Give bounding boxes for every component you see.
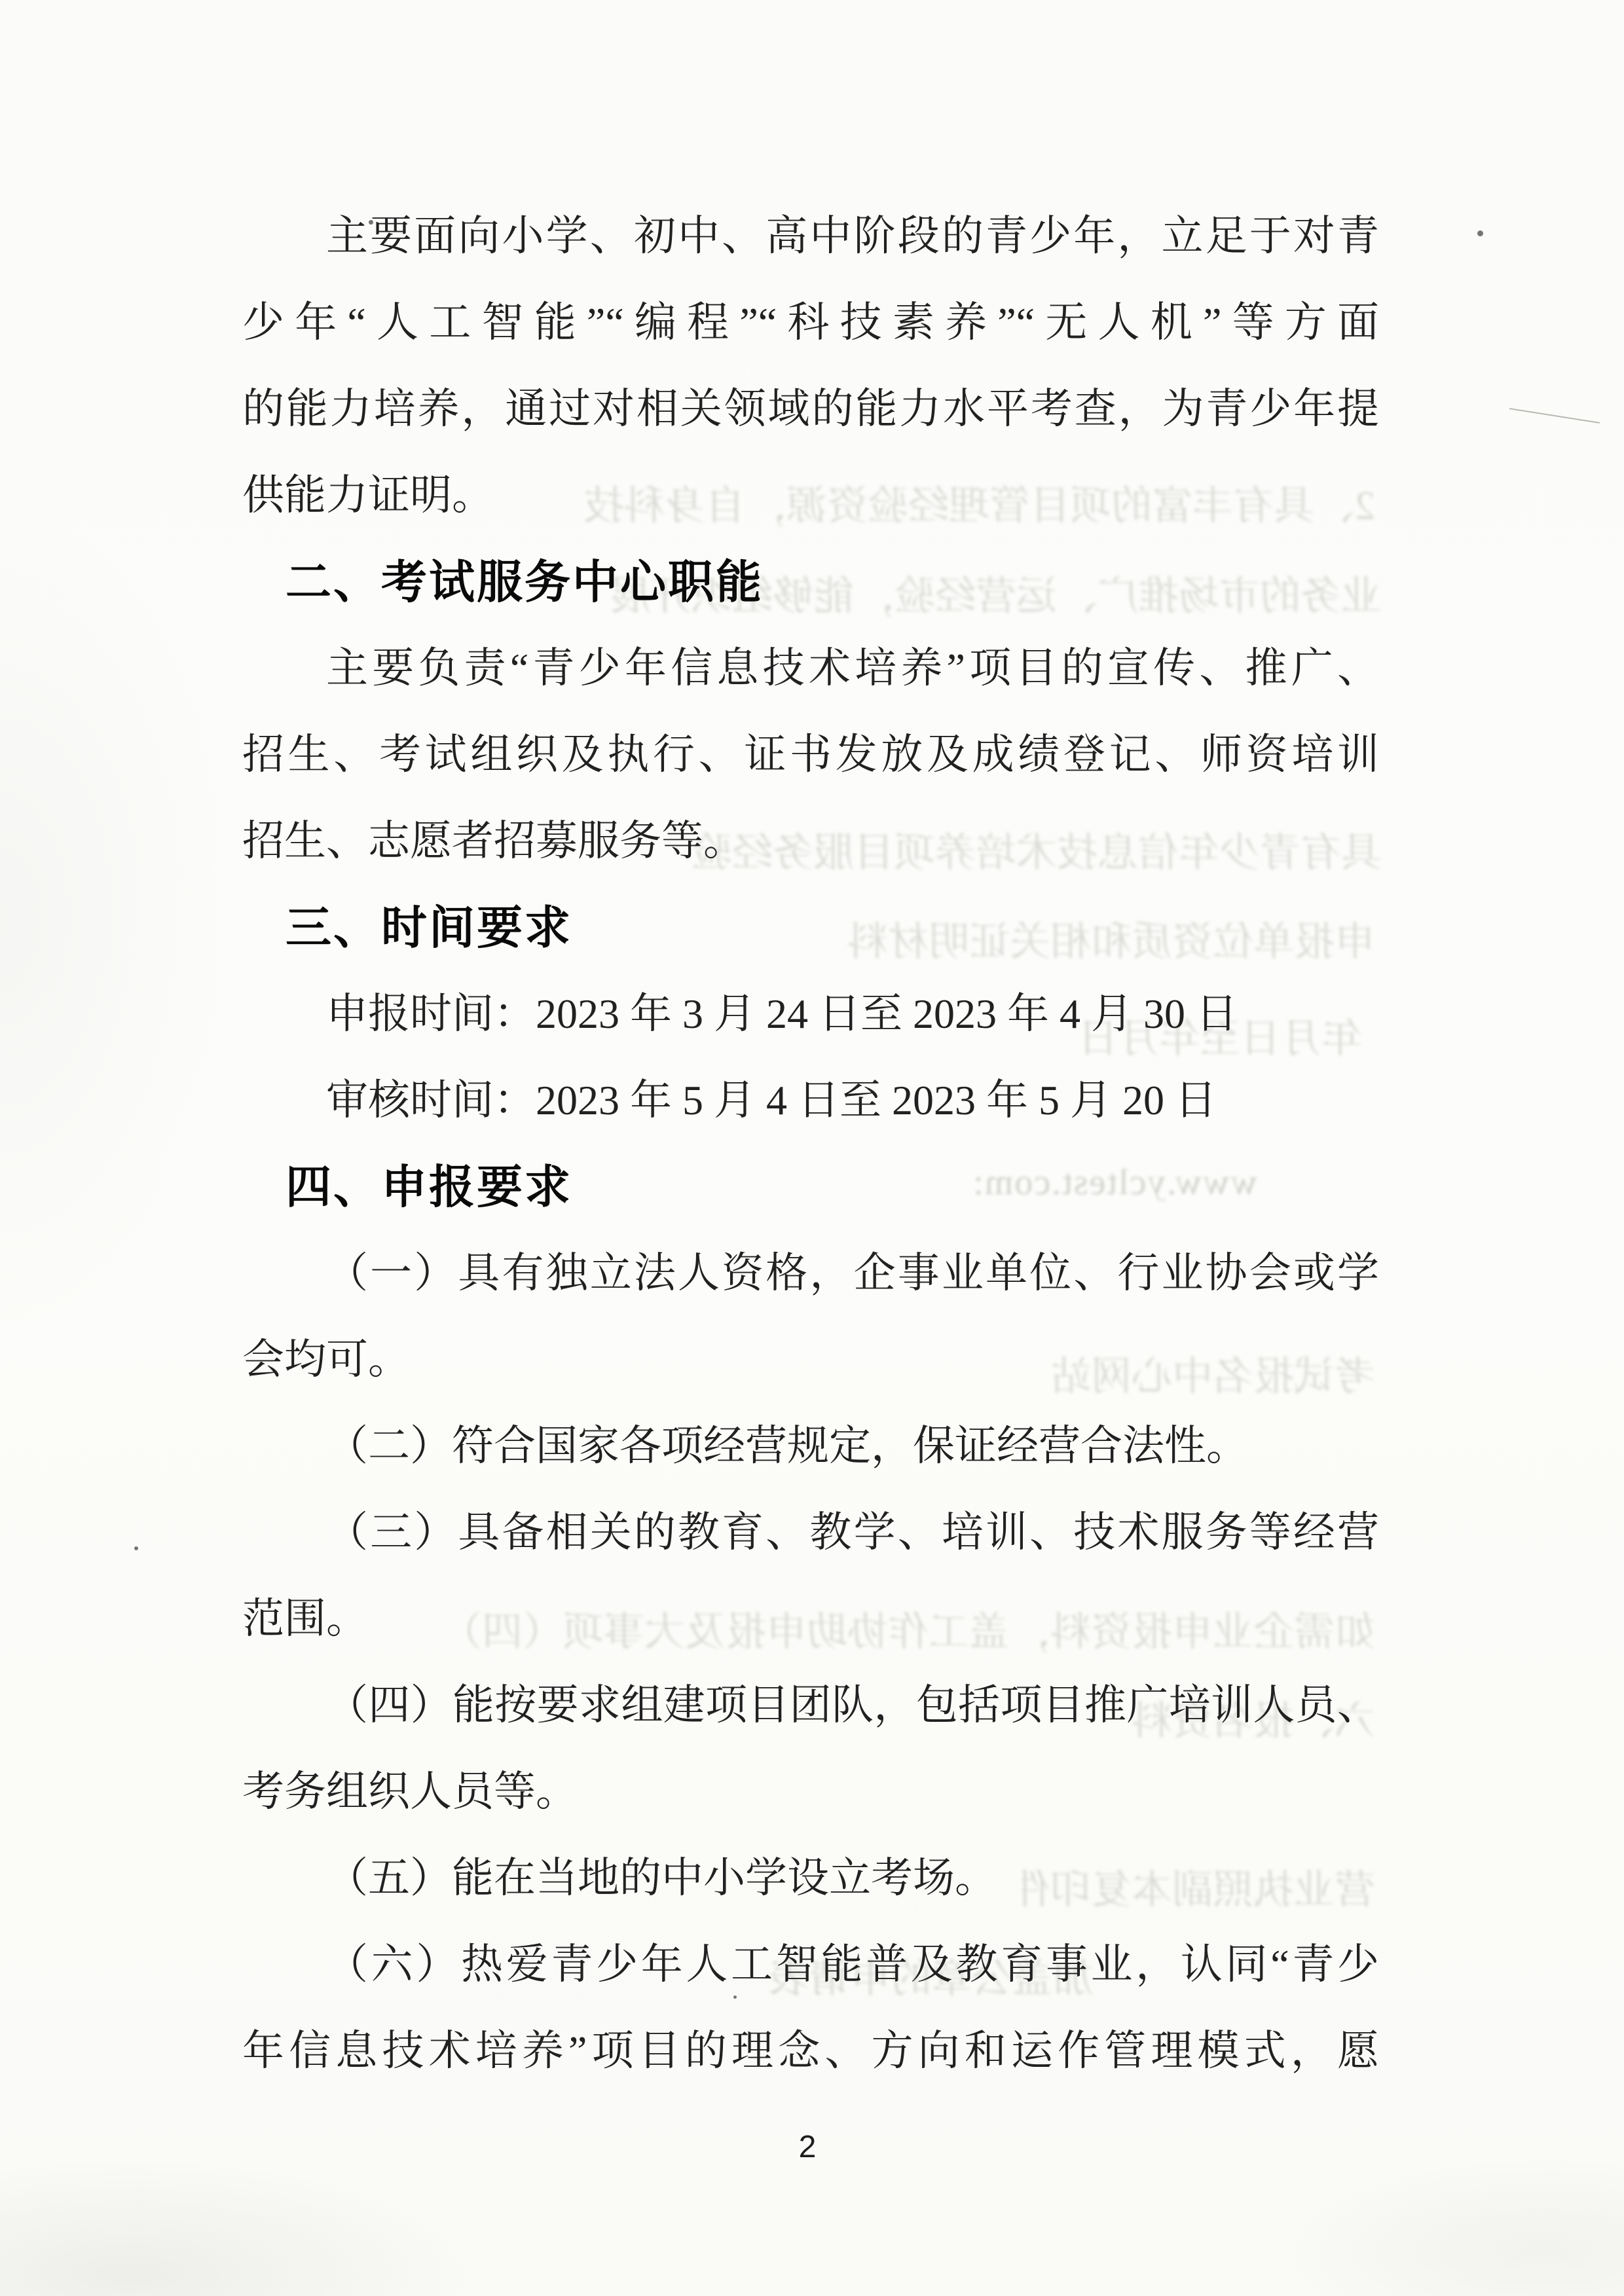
text-line: （六）热爱青少年人工智能普及教育事业，认同“青少 [242,1922,1379,2008]
text-line: 供能力证明。 [242,452,1379,539]
text-line: （三）具备相关的教育、教学、培训、技术服务等经营 [242,1489,1379,1576]
text-line: 的能力培养，通过对相关领域的能力水平考查，为青少年提 [242,366,1379,452]
text-line: （二）符合国家各项经营规定，保证经营合法性。 [242,1403,1379,1489]
section-heading: 四、申报要求 [242,1144,1379,1230]
scan-speck [1477,230,1483,236]
page-number: 2 [0,2129,1615,2165]
section-heading: 二、考试服务中心职能 [242,539,1379,625]
text-line: 少年“人工智能”“编程”“科技素养”“无人机”等方面 [242,280,1379,366]
text-line: 招生、志愿者招募服务等。 [242,798,1379,884]
text-line: （一）具有独立法人资格，企事业单位、行业协会或学 [242,1230,1379,1317]
scratch-mark [1509,408,1600,424]
section-heading: 三、时间要求 [242,884,1379,971]
text-line: 考务组织人员等。 [242,1749,1379,1835]
text-line: （五）能在当地的中小学设立考场。 [242,1835,1379,1922]
text-line: 招生、考试组织及执行、证书发放及成绩登记、师资培训 [242,712,1379,798]
text-line: 会均可。 [242,1317,1379,1403]
text-line: 范围。 [242,1576,1379,1662]
scan-speck [134,1546,138,1550]
text-line: 申报时间：2023 年 3 月 24 日至 2023 年 4 月 30 日 [242,971,1379,1057]
document-page: 2、具有丰富的项目管理经验资源，自身科技业务的市场推广、运营经验，能够组织开展具… [0,0,1624,2296]
text-line: （四）能按要求组建项目团队，包括项目推广培训人员、 [242,1662,1379,1749]
text-line: 主要负责“青少年信息技术培养”项目的宣传、推广、 [242,625,1379,712]
text-line: 审核时间：2023 年 5 月 4 日至 2023 年 5 月 20 日 [242,1057,1379,1144]
text-line: 年信息技术培养”项目的理念、方向和运作管理模式，愿 [242,2008,1379,2094]
text-line: 主要面向小学、初中、高中阶段的青少年，立足于对青 [242,193,1379,280]
